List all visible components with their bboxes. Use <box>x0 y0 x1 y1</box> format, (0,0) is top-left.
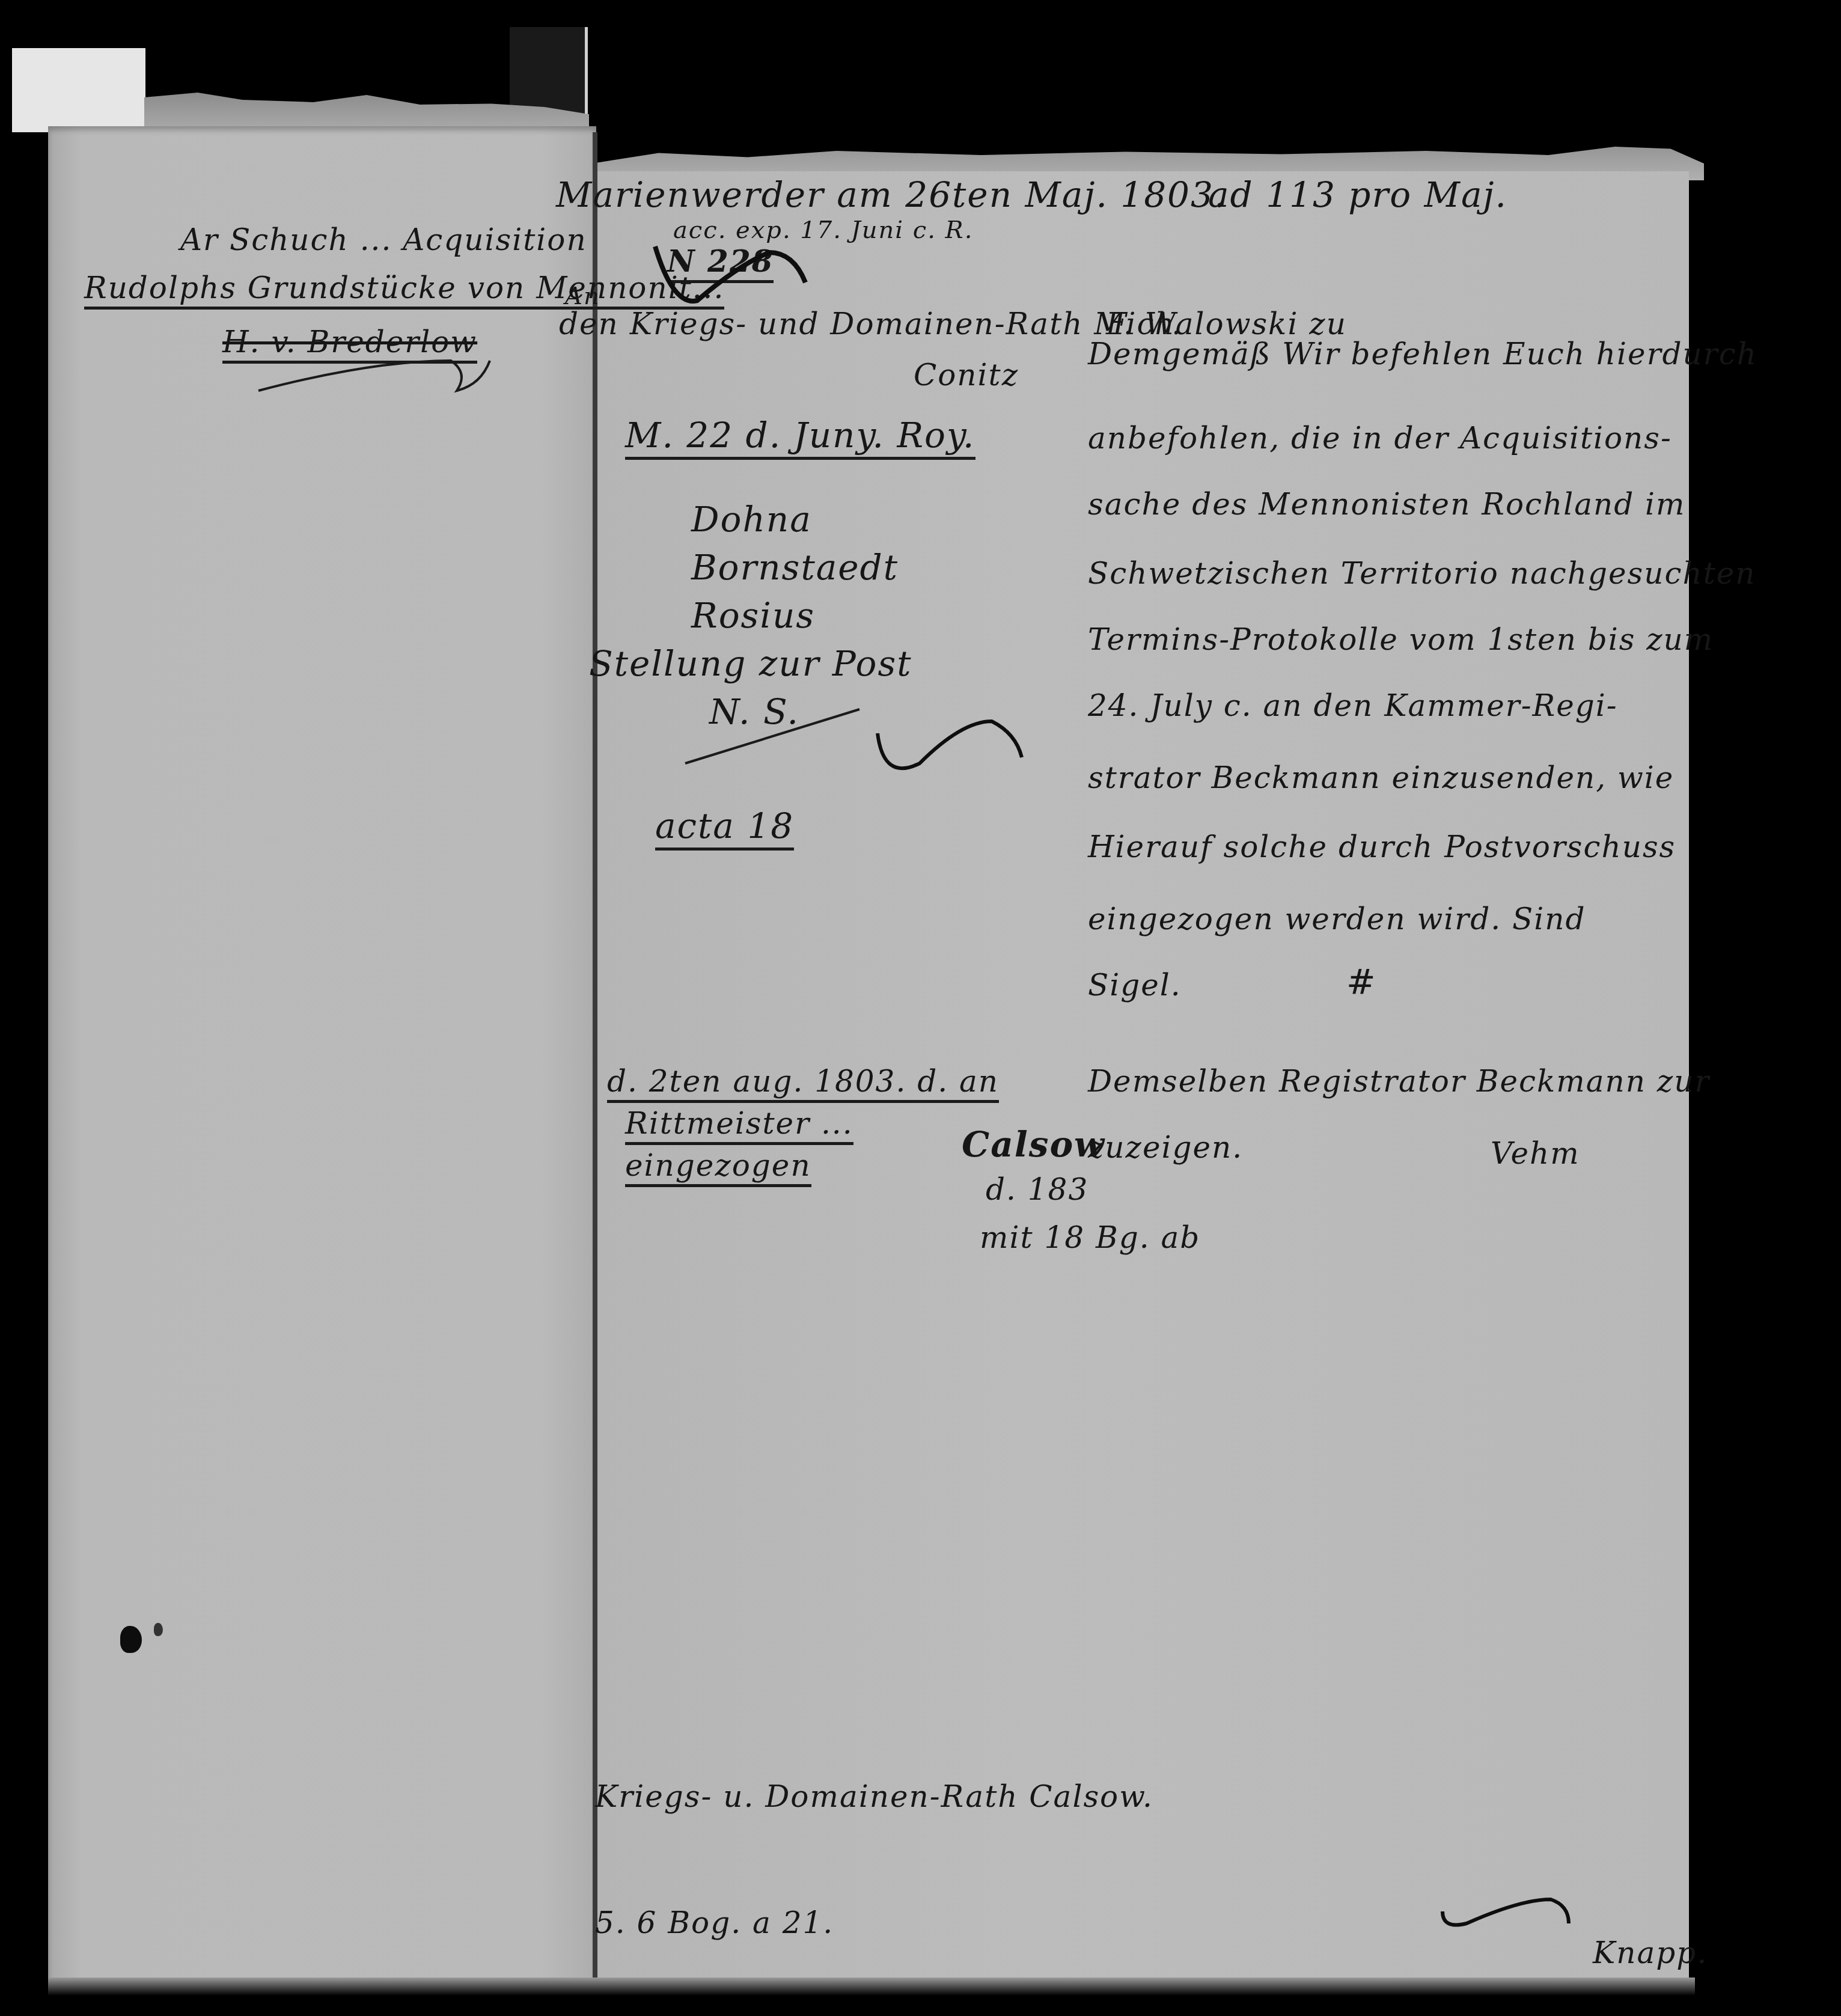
closing-line-1: Demselben Registrator Beckmann zur <box>1088 1064 1710 1099</box>
margin-name-3: Rosius <box>691 595 815 636</box>
side-signature: Calsow <box>962 1124 1105 1165</box>
body-line-6: 24. July c. an den Kammer-Regi- <box>1088 688 1618 723</box>
addressee-place: Conitz <box>914 358 1019 393</box>
initials-flourish-icon <box>679 697 1040 781</box>
closing-signature: Vehm <box>1491 1136 1580 1171</box>
boxed-note-line-1: Rittmeister ... <box>625 1106 853 1145</box>
left-note-line-1: Ar Schuch ... Acquisition <box>180 222 587 257</box>
bottom-torn-edge <box>48 1978 1695 1996</box>
left-signature-flourish-icon <box>252 349 493 397</box>
body-line-7: strator Beckmann einzusenden, wie <box>1088 760 1674 795</box>
margin-instruction: Stellung zur Post <box>589 643 912 684</box>
header-flourish-icon <box>649 240 829 313</box>
footer-flourish-icon <box>1430 1887 1587 1935</box>
side-note-line-3: mit 18 Bg. ab <box>980 1220 1200 1255</box>
body-line-1: Demgemäß Wir befehlen Euch hierdurch <box>1088 337 1757 371</box>
body-line-2: anbefohlen, die in der Acquisitions- <box>1088 421 1672 456</box>
footer-signature: Knapp. <box>1593 1935 1708 1970</box>
page-fold-divider <box>593 132 597 1990</box>
body-line-10: Sigel. <box>1088 968 1182 1003</box>
margin-name-1: Dohna <box>691 499 812 540</box>
boxed-note-line-2: eingezogen <box>625 1148 811 1187</box>
left-page <box>48 126 596 1984</box>
left-note-line-2: Rudolphs Grundstücke von Mennonit... <box>84 270 724 310</box>
acta-note: acta 18 <box>655 805 794 851</box>
closing-line-2: zuzeigen. <box>1088 1130 1243 1165</box>
body-line-8: Hierauf solche durch Postvorschuss <box>1088 829 1676 864</box>
footer-cc: Kriegs- u. Domainen-Rath Calsow. <box>595 1779 1153 1814</box>
separator-mark: # <box>1346 962 1377 1003</box>
side-note-line-2: d. 183 <box>986 1172 1088 1207</box>
ink-blot <box>154 1623 163 1636</box>
reference-number: ad 113 pro Maj. <box>1208 174 1507 215</box>
footer-folio: 5. 6 Bog. a 21. <box>595 1905 834 1940</box>
body-line-4: Schwetzischen Territorio nachgesuchten <box>1088 556 1756 591</box>
margin-name-2: Bornstaedt <box>691 547 899 588</box>
ink-blot <box>120 1626 142 1653</box>
body-line-9: eingezogen werden wird. Sind <box>1088 902 1586 936</box>
body-line-3: sache des Mennonisten Rochland im <box>1088 487 1686 522</box>
date-note: d. 2ten aug. 1803. d. an <box>607 1064 999 1103</box>
body-line-5: Termins-Protokolle vom 1sten bis zum <box>1088 622 1714 657</box>
place-date: Marienwerder am 26ten Maj. 1803. <box>556 174 1226 215</box>
paper-tab <box>12 48 145 132</box>
margin-ref-line: M. 22 d. Juny. Roy. <box>625 415 975 460</box>
